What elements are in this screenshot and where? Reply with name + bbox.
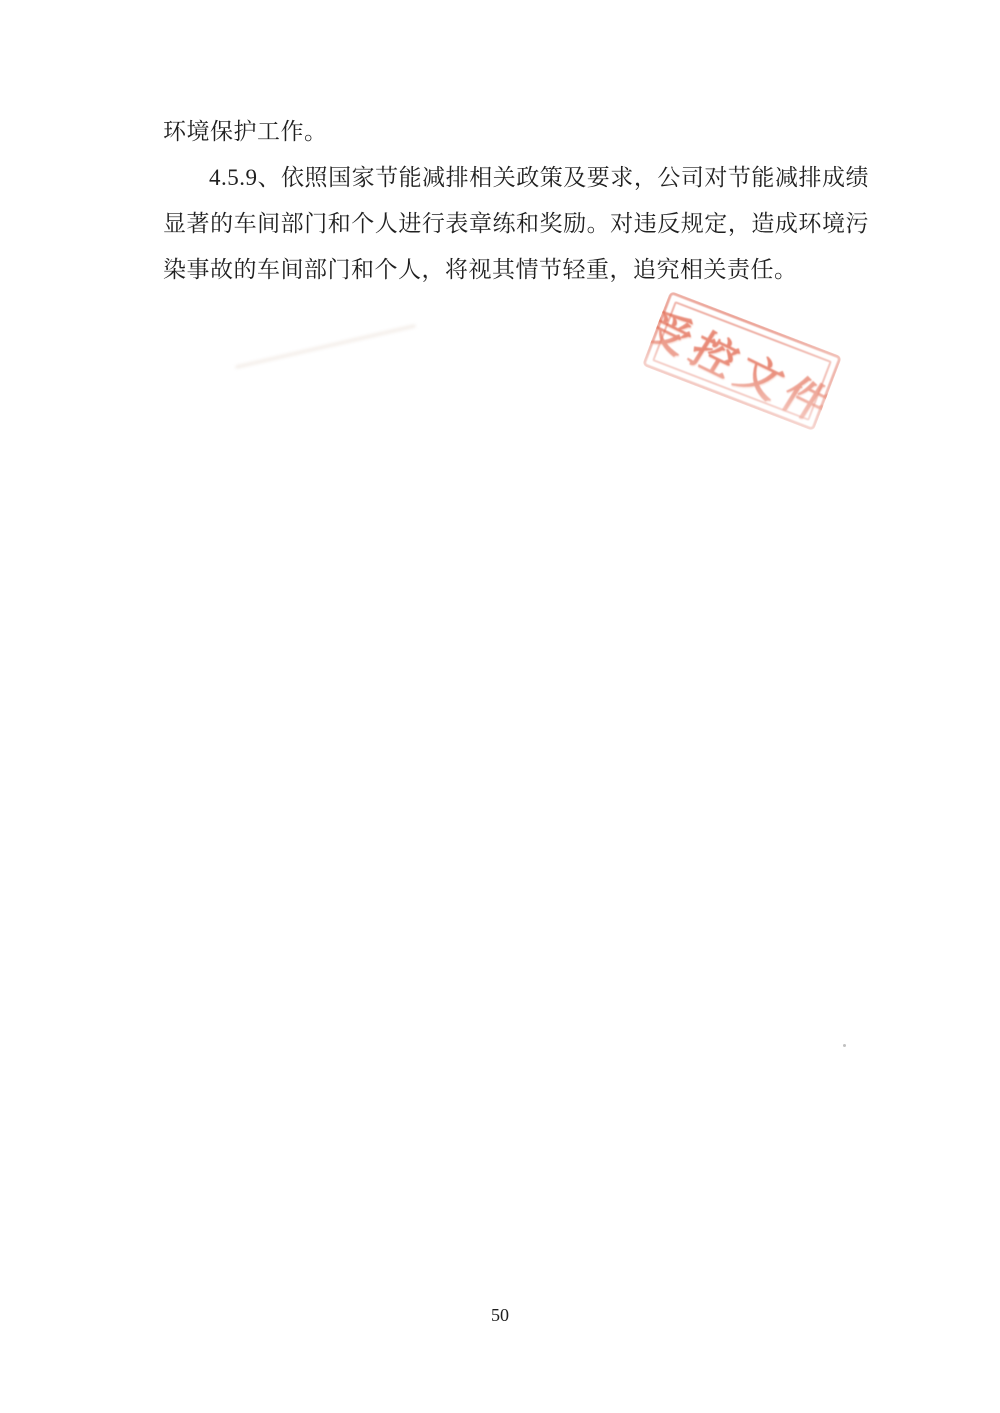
page-number: 50 — [0, 1305, 1000, 1326]
controlled-document-stamp: 受控文件 — [642, 291, 842, 432]
document-page: 环境保护工作。 4.5.9、依照国家节能减排相关政策及要求，公司对节能减排成绩 … — [0, 0, 1000, 1413]
text-line-3: 显著的车间部门和个人进行表章练和奖励。对违反规定，造成环境污 — [163, 201, 869, 247]
dust-speck-artifact — [843, 1044, 846, 1047]
text-line-1: 环境保护工作。 — [163, 109, 869, 155]
text-line-2: 4.5.9、依照国家节能减排相关政策及要求，公司对节能减排成绩 — [163, 155, 869, 201]
text-line-4: 染事故的车间部门和个人，将视其情节轻重，追究相关责任。 — [163, 247, 869, 293]
smudge-artifact — [235, 324, 416, 369]
body-text: 环境保护工作。 4.5.9、依照国家节能减排相关政策及要求，公司对节能减排成绩 … — [163, 109, 869, 293]
